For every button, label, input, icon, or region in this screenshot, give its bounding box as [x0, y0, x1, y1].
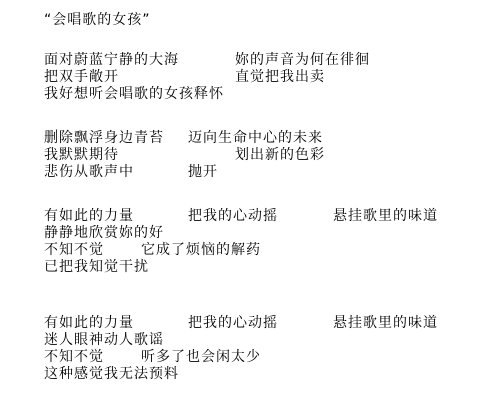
lyric-line: 已把我知觉干扰 — [44, 259, 149, 276]
lyric-text: 悲伤从歌声中 — [44, 164, 134, 180]
lyric-line: 面对蔚蓝宁静的大海 妳的声音为何在徘徊 — [44, 52, 179, 69]
lyric-text: 我默默期待 — [44, 147, 119, 163]
lyric-text: 它成了烦恼的解药 — [141, 242, 261, 259]
lyric-line: 删除飘浮身边青苔 迈向生命中心的未来 — [44, 130, 164, 147]
lyric-text: 把我的心动摇 — [188, 208, 278, 225]
lyric-text: 抛开 — [188, 164, 218, 181]
lyric-text: 删除飘浮身边青苔 — [44, 130, 164, 146]
lyric-text: 有如此的力量 — [44, 315, 134, 331]
lyric-text: 直觉把我出卖 — [235, 69, 325, 86]
lyric-text: 有如此的力量 — [44, 208, 134, 224]
lyric-line: 不知不觉 听多了也会闲太少 — [44, 349, 104, 366]
lyric-text: 把双手敞开 — [44, 69, 119, 85]
lyric-line: 把双手敞开 直觉把我出卖 — [44, 69, 119, 86]
lyric-text: 划出新的色彩 — [235, 147, 325, 164]
lyric-line: 迷人眼神动人歌谣 — [44, 332, 164, 349]
lyric-text: 已把我知觉干扰 — [44, 259, 149, 275]
lyric-line: 悲伤从歌声中 抛开 — [44, 164, 134, 181]
lyric-line: 我默默期待 划出新的色彩 — [44, 147, 119, 164]
lyric-text: 悬挂歌里的味道 — [333, 315, 438, 332]
lyric-text: 静静地欣赏妳的好 — [44, 225, 164, 241]
lyric-line: 这种感觉我无法预料 — [44, 366, 179, 383]
lyric-line: 不知不觉 它成了烦恼的解药 — [44, 242, 104, 259]
lyric-text: 悬挂歌里的味道 — [333, 208, 438, 225]
lyric-text: 这种感觉我无法预料 — [44, 366, 179, 382]
lyric-text: 把我的心动摇 — [188, 315, 278, 332]
lyric-line: 静静地欣赏妳的好 — [44, 225, 164, 242]
lyric-text: 我好想听会唱歌的女孩释怀 — [44, 86, 224, 102]
lyric-text: 不知不觉 — [44, 349, 104, 365]
lyric-text: 妳的声音为何在徘徊 — [235, 52, 370, 69]
lyric-text: 迷人眼神动人歌谣 — [44, 332, 164, 348]
lyric-line: 我好想听会唱歌的女孩释怀 — [44, 86, 224, 103]
lyric-text: 听多了也会闲太少 — [141, 349, 261, 366]
lyric-text: 面对蔚蓝宁静的大海 — [44, 52, 179, 68]
lyric-text: 迈向生命中心的未来 — [188, 130, 323, 147]
lyric-line: 有如此的力量 把我的心动摇 悬挂歌里的味道 — [44, 208, 134, 225]
lyric-line: 有如此的力量 把我的心动摇 悬挂歌里的味道 — [44, 315, 134, 332]
lyric-text: 不知不觉 — [44, 242, 104, 258]
song-title: “会唱歌的女孩” — [44, 12, 151, 29]
